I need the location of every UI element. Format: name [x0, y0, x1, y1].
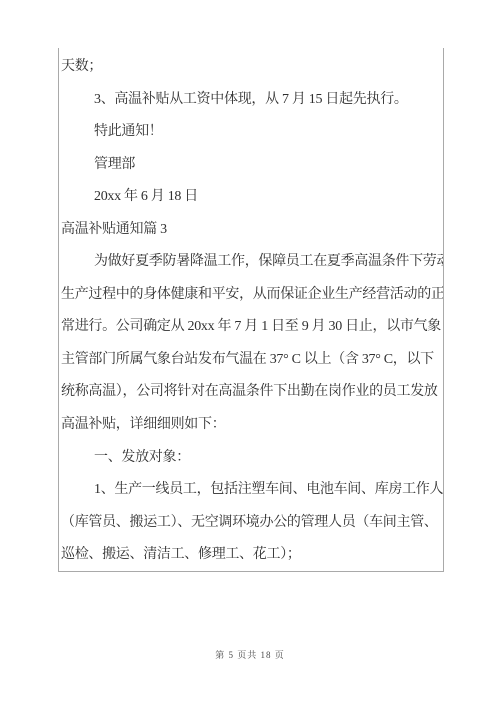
doc-line: 1、生产一线员工，包括注塑车间、电池车间、库房工作人员	[61, 474, 439, 507]
doc-line: 常进行。公司确定从 20xx 年 7 月 1 日至 9 月 30 日止，以市气象	[61, 311, 439, 344]
doc-line: 20xx 年 6 月 18 日	[61, 181, 439, 214]
doc-line: 统称高温），公司将针对在高温条件下出勤在岗作业的员工发放	[61, 376, 439, 409]
page-footer: 第 5 页共 18 页	[0, 648, 500, 661]
doc-line: 巡检、搬运、清洁工、修理工、花工）；	[61, 539, 439, 572]
page-number-text: 第 5 页共 18 页	[215, 650, 285, 660]
doc-line: 为做好夏季防暑降温工作，保障员工在夏季高温条件下劳动	[61, 246, 439, 279]
document-content-frame: 天数； 3、高温补贴从工资中体现，从 7 月 15 日起先执行。 特此通知！ 管…	[58, 48, 444, 572]
doc-section-heading: 高温补贴通知篇 3	[61, 214, 439, 247]
doc-line: 特此通知！	[61, 116, 439, 149]
doc-line: 一、发放对象：	[61, 442, 439, 475]
doc-line: 3、高温补贴从工资中体现，从 7 月 15 日起先执行。	[61, 84, 439, 117]
doc-line: 主管部门所属气象台站发布气温在 37° C 以上（含 37° C，以下	[61, 344, 439, 377]
doc-line: 高温补贴，详细细则如下：	[61, 409, 439, 442]
doc-line: （库管员、搬运工）、无空调环境办公的管理人员（车间主管、	[61, 507, 439, 540]
document-page: 天数； 3、高温补贴从工资中体现，从 7 月 15 日起先执行。 特此通知！ 管…	[0, 0, 500, 707]
doc-line: 管理部	[61, 149, 439, 182]
doc-line: 天数；	[61, 51, 439, 84]
doc-line: 生产过程中的身体健康和平安，从而保证企业生产经营活动的正	[61, 279, 439, 312]
